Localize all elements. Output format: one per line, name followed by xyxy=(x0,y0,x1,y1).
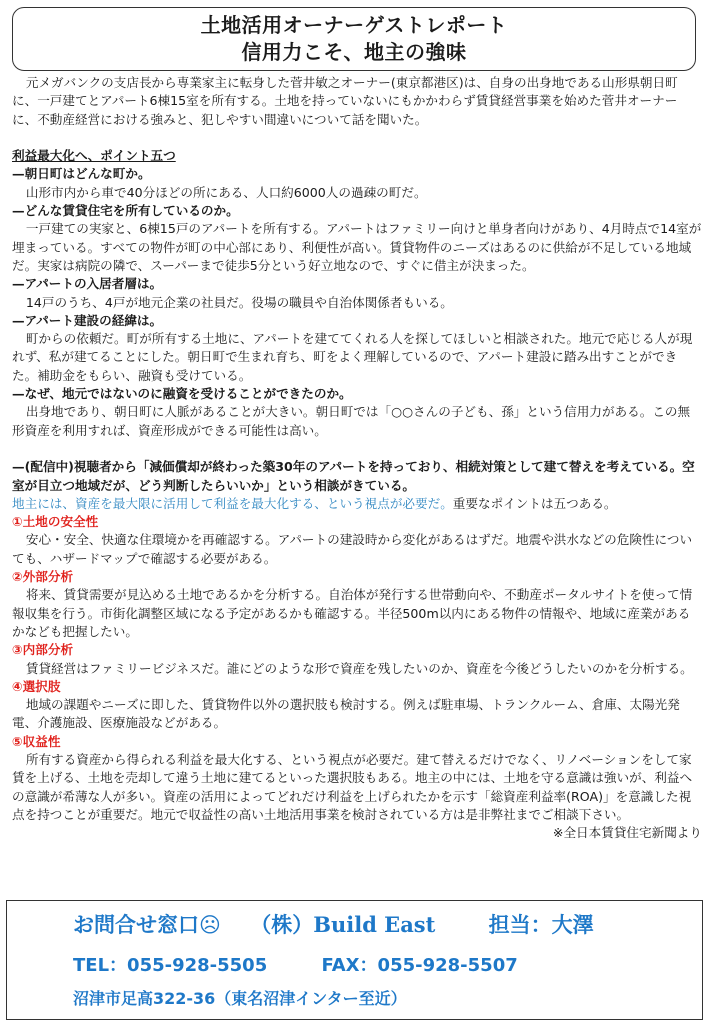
answer: 山形市内から車で40分ほどの所にある、人口約6000人の過疎の町だ。 xyxy=(12,184,702,202)
section-title: 利益最大化へ、ポイント五つ xyxy=(12,147,702,165)
source-credit: ※全日本賃貸住宅新聞より xyxy=(12,824,702,842)
fax-number: FAX：055-928-5507 xyxy=(322,955,518,976)
answer: 町からの依頼だ。町が所有する土地に、アパートを建ててくれる人を探してほしいと相談… xyxy=(12,330,702,385)
answer: 一戸建ての実家と、6棟15戸のアパートを所有する。アパートはファミリー向けと単身… xyxy=(12,220,702,275)
question: —なぜ、地元ではないのに融資を受けることができたのか。 xyxy=(12,385,702,403)
frown-icon: ☹ xyxy=(199,913,221,937)
article-body: 元メガバンクの支店長から専業家主に転身した菅井敏之オーナー(東京都港区)は、自身… xyxy=(12,74,702,842)
answer: 14戸のうち、4戸が地元企業の社員だ。役場の職員や自治体関係者もいる。 xyxy=(12,294,702,312)
point-title: ③内部分析 xyxy=(12,641,702,659)
point-body: 安心・安全、快適な住環境かを再確認する。アパートの建設時から変化があるはずだ。地… xyxy=(12,531,702,568)
point-title: ⑤収益性 xyxy=(12,733,702,751)
report-title: 土地活用オーナーゲストレポート xyxy=(13,12,695,39)
report-subtitle: 信用力こそ、地主の強味 xyxy=(13,39,695,66)
consult-lead-rest: 重要なポイントは五つある。 xyxy=(453,496,617,511)
consult-question: —(配信中)視聴者から「減価償却が終わった築30年のアパートを持っており、相続対… xyxy=(12,458,702,495)
point-title: ①土地の安全性 xyxy=(12,513,702,531)
intro-paragraph: 元メガバンクの支店長から専業家主に転身した菅井敏之オーナー(東京都港区)は、自身… xyxy=(12,74,702,129)
point-body: 賃貸経営はファミリービジネスだ。誰にどのような形で資産を残したいのか、資産を今後… xyxy=(12,660,702,678)
point-body: 地域の課題やニーズに即した、賃貸物件以外の選択肢も検討する。例えば駐車場、トラン… xyxy=(12,696,702,733)
contact-box: お問合せ窓口☹ （株）Build East 担当：大澤 TEL：055-928-… xyxy=(6,900,703,1020)
question: —アパート建設の経緯は。 xyxy=(12,312,702,330)
consult-lead-highlight: 地主には、資産を最大限に活用して利益を最大化する、という視点が必要だ。 xyxy=(12,496,453,511)
question: —どんな賃貸住宅を所有しているのか。 xyxy=(12,202,702,220)
question: —朝日町はどんな町か。 xyxy=(12,165,702,183)
point-body: 将来、賃貸需要が見込める土地であるかを分析する。自治体が発行する世帯動向や、不動… xyxy=(12,586,702,641)
point-body: 所有する資産から得られる利益を最大化する、という視点が必要だ。建て替えるだけでな… xyxy=(12,751,702,824)
report-title-box: 土地活用オーナーゲストレポート 信用力こそ、地主の強味 xyxy=(12,7,696,71)
point-title: ②外部分析 xyxy=(12,568,702,586)
contact-numbers: TEL：055-928-5505 FAX：055-928-5507 xyxy=(73,951,518,977)
tel-number[interactable]: TEL：055-928-5505 xyxy=(73,955,267,976)
answer: 出身地であり、朝日町に人脈があることが大きい。朝日町では「○○さんの子ども、孫」… xyxy=(12,403,702,440)
point-title: ④選択肢 xyxy=(12,678,702,696)
question: —アパートの入居者層は。 xyxy=(12,275,702,293)
consult-lead: 地主には、資産を最大限に活用して利益を最大化する、という視点が必要だ。重要なポイ… xyxy=(12,495,702,513)
contact-header: お問合せ窓口☹ （株）Build East 担当：大澤 xyxy=(73,909,594,939)
contact-label: お問合せ窓口 xyxy=(73,913,199,937)
contact-person: 担当：大澤 xyxy=(489,913,594,937)
contact-address: 沼津市足高322-36（東名沼津インター至近） xyxy=(73,986,407,1009)
company-name: （株）Build East xyxy=(250,912,435,937)
